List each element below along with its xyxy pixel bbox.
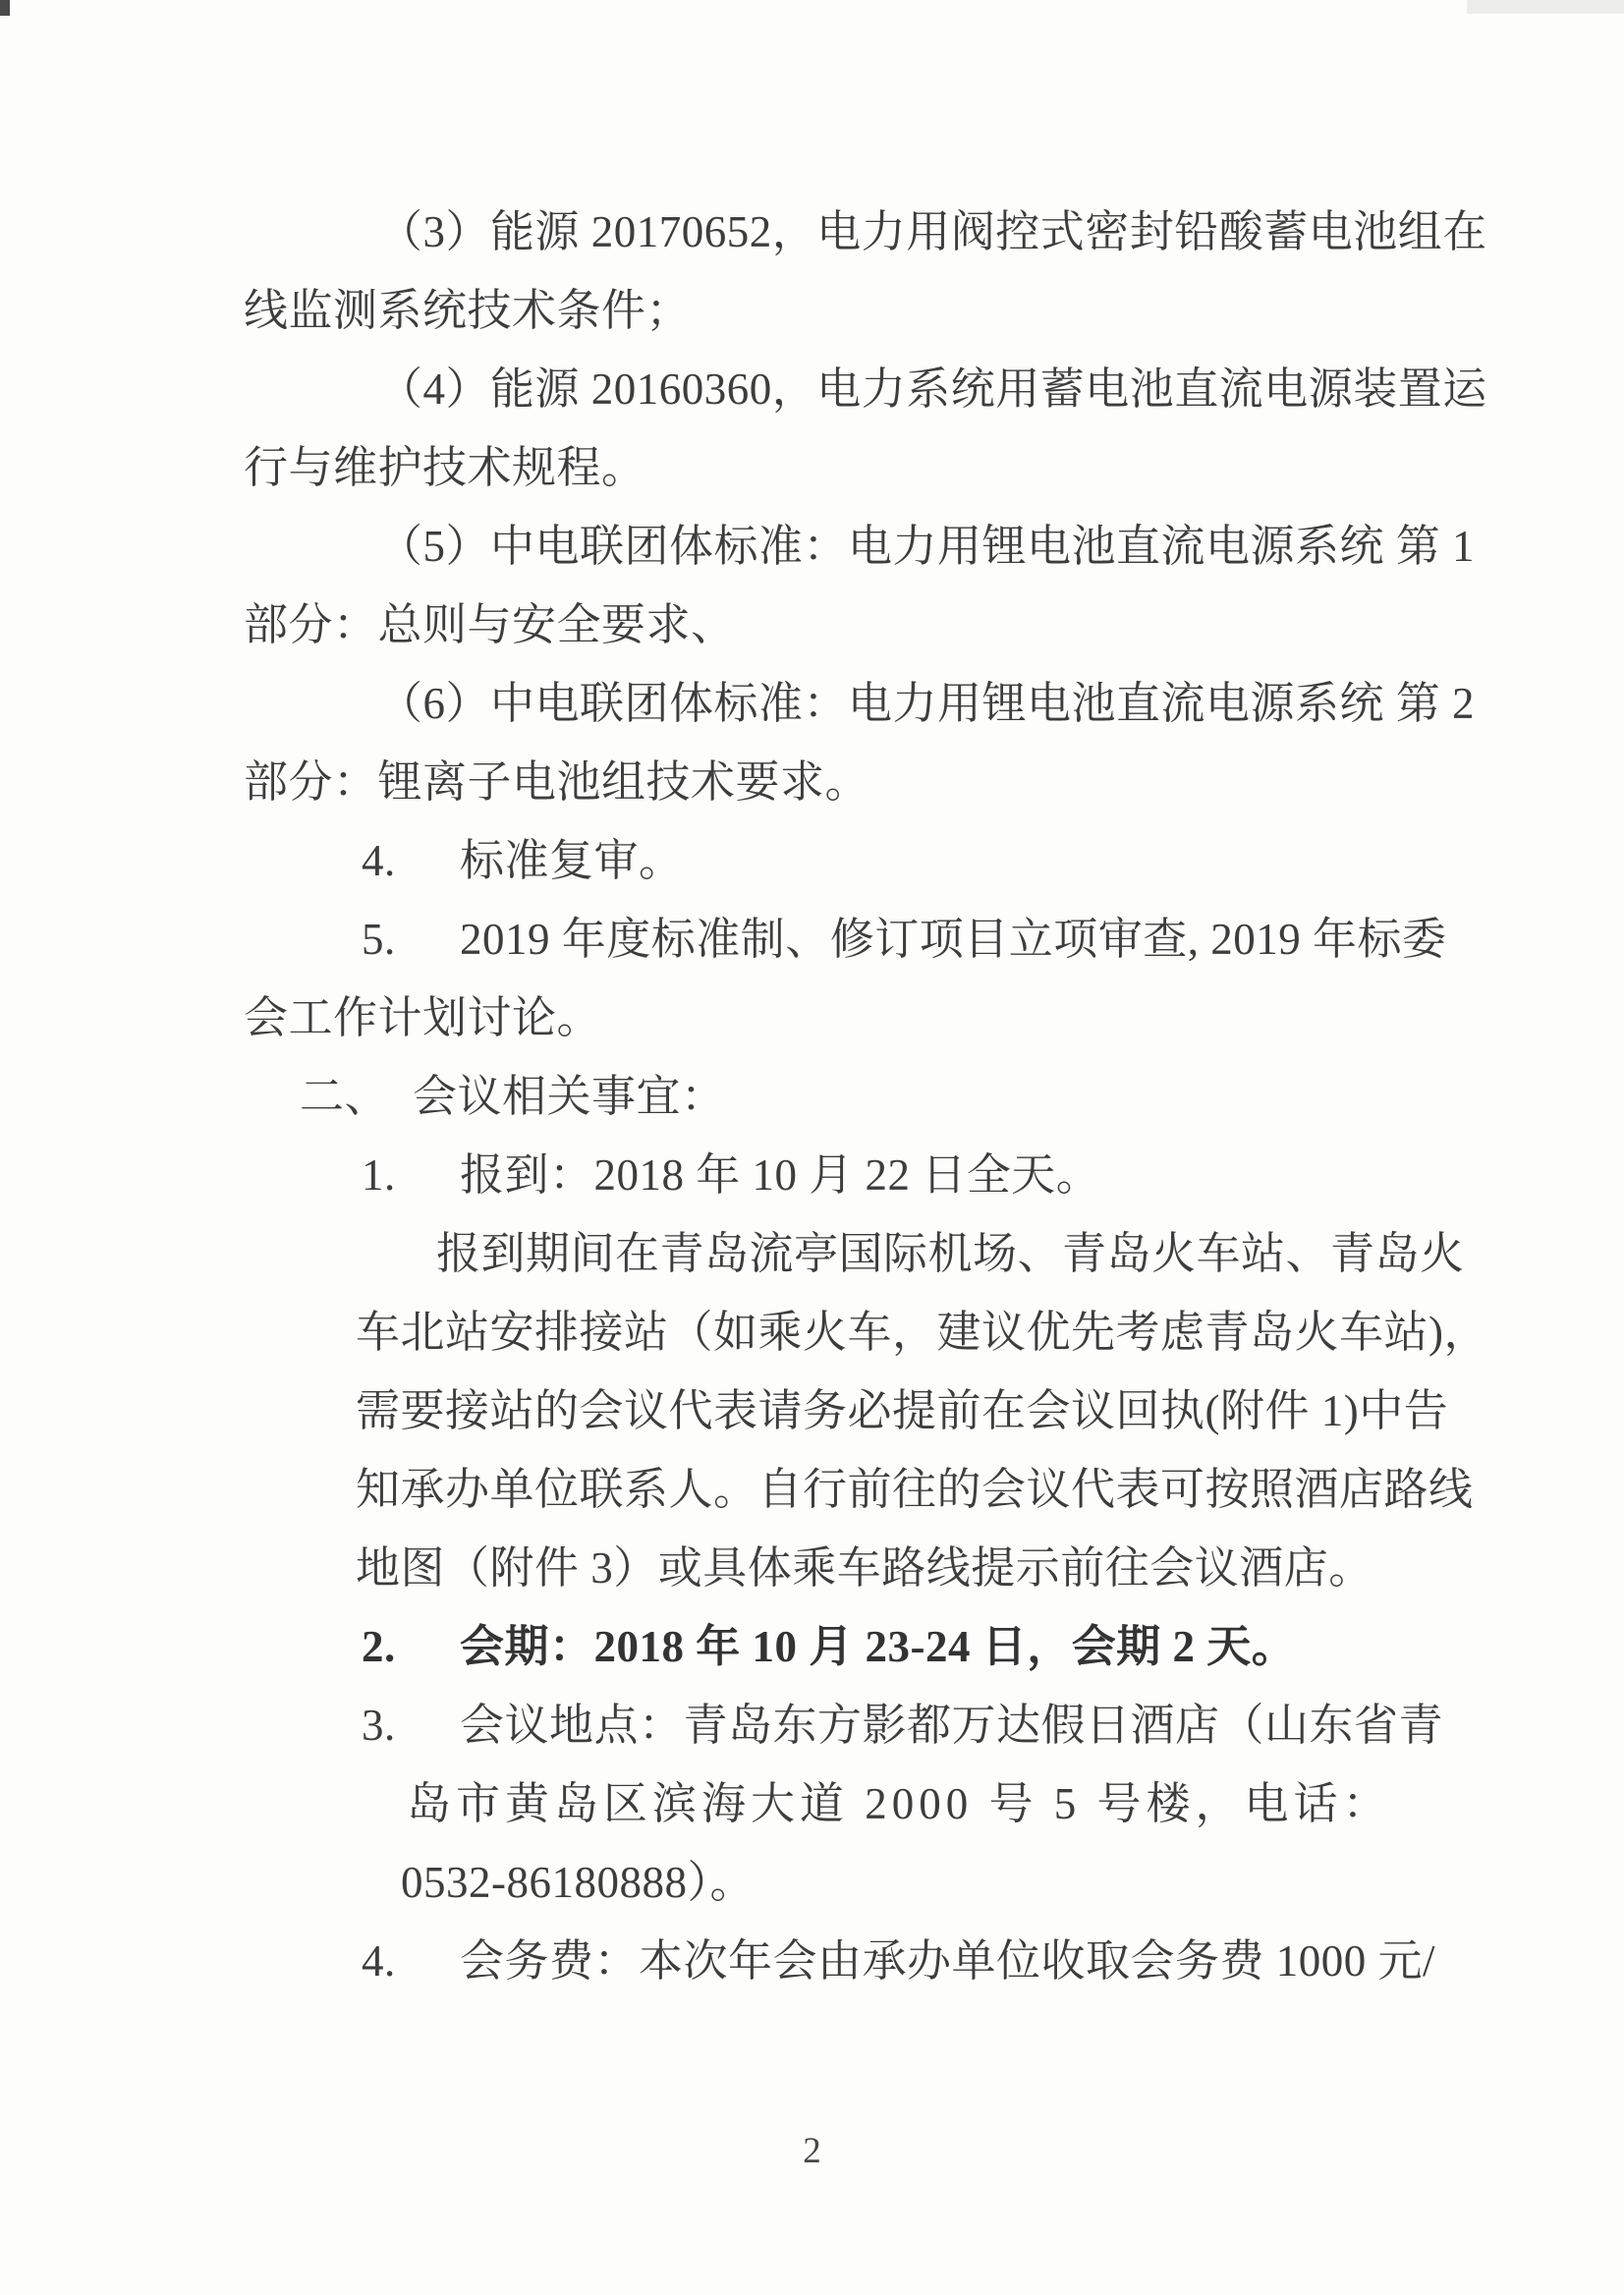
line-number-label: 3. [362, 1686, 460, 1764]
doc-line: （4）能源 20160360，电力系统用蓄电池直流电源装置运 [0, 350, 1624, 428]
line-number-label: 4. [362, 1922, 460, 2000]
line-text: 会议相关事宜： [413, 1072, 726, 1121]
doc-line: 报到期间在青岛流亭国际机场、青岛火车站、青岛火 [0, 1214, 1624, 1293]
doc-line: 3.会议地点：青岛东方影都万达假日酒店（山东省青 [0, 1686, 1624, 1764]
doc-line: 地图（附件 3）或具体乘车路线提示前往会议酒店。 [0, 1529, 1624, 1607]
doc-line: 车北站安排接站（如乘火车，建议优先考虑青岛火车站)， [0, 1293, 1624, 1371]
doc-line: （3）能源 20170652，电力用阀控式密封铅酸蓄电池组在 [0, 193, 1624, 271]
doc-line: （5）中电联团体标准：电力用锂电池直流电源系统 第 1 [0, 507, 1624, 586]
doc-line: 1.报到：2018 年 10 月 22 日全天。 [0, 1136, 1624, 1214]
line-number-label: 二、 [300, 1057, 413, 1136]
line-text: 会务费：本次年会由承办单位收取会务费 1000 元/ [460, 1936, 1435, 1986]
doc-line: 会工作计划讨论。 [0, 979, 1624, 1057]
page-number: 2 [0, 2130, 1624, 2173]
doc-line: 2.会期：2018 年 10 月 23-24 日，会期 2 天。 [0, 1607, 1624, 1686]
doc-line: 4.会务费：本次年会由承办单位收取会务费 1000 元/ [0, 1922, 1624, 2000]
line-number-label: 4. [362, 821, 460, 900]
line-text: 报到：2018 年 10 月 22 日全天。 [460, 1150, 1100, 1200]
line-text: 标准复审。 [460, 836, 684, 885]
doc-line: 部分：锂离子电池组技术要求。 [0, 743, 1624, 821]
doc-line: 部分：总则与安全要求、 [0, 586, 1624, 664]
doc-line: 线监测系统技术条件； [0, 271, 1624, 350]
line-text: 会期：2018 年 10 月 23-24 日，会期 2 天。 [460, 1622, 1296, 1671]
line-text: 2019 年度标准制、修订项目立项审查, 2019 年标委 [460, 915, 1447, 964]
doc-line: 行与维护技术规程。 [0, 428, 1624, 507]
doc-line: 4.标准复审。 [0, 821, 1624, 900]
scanned-document-page: （3）能源 20170652，电力用阀控式密封铅酸蓄电池组在线监测系统技术条件；… [0, 0, 1624, 2295]
doc-line: 需要接站的会议代表请务必提前在会议回执(附件 1)中告 [0, 1371, 1624, 1450]
doc-line: 岛市黄岛区滨海大道 2000 号 5 号楼，电话： [0, 1764, 1624, 1843]
document-body: （3）能源 20170652，电力用阀控式密封铅酸蓄电池组在线监测系统技术条件；… [0, 0, 1624, 2000]
line-number-label: 1. [362, 1136, 460, 1214]
doc-line: （6）中电联团体标准：电力用锂电池直流电源系统 第 2 [0, 664, 1624, 743]
doc-line: 知承办单位联系人。自行前往的会议代表可按照酒店路线 [0, 1450, 1624, 1529]
line-number-label: 5. [362, 900, 460, 979]
line-number-label: 2. [362, 1607, 460, 1686]
line-text: 会议地点：青岛东方影都万达假日酒店（山东省青 [460, 1701, 1443, 1750]
doc-line: 5.2019 年度标准制、修订项目立项审查, 2019 年标委 [0, 900, 1624, 979]
doc-line: 0532-86180888）。 [0, 1843, 1624, 1922]
doc-line: 二、会议相关事宜： [0, 1057, 1624, 1136]
